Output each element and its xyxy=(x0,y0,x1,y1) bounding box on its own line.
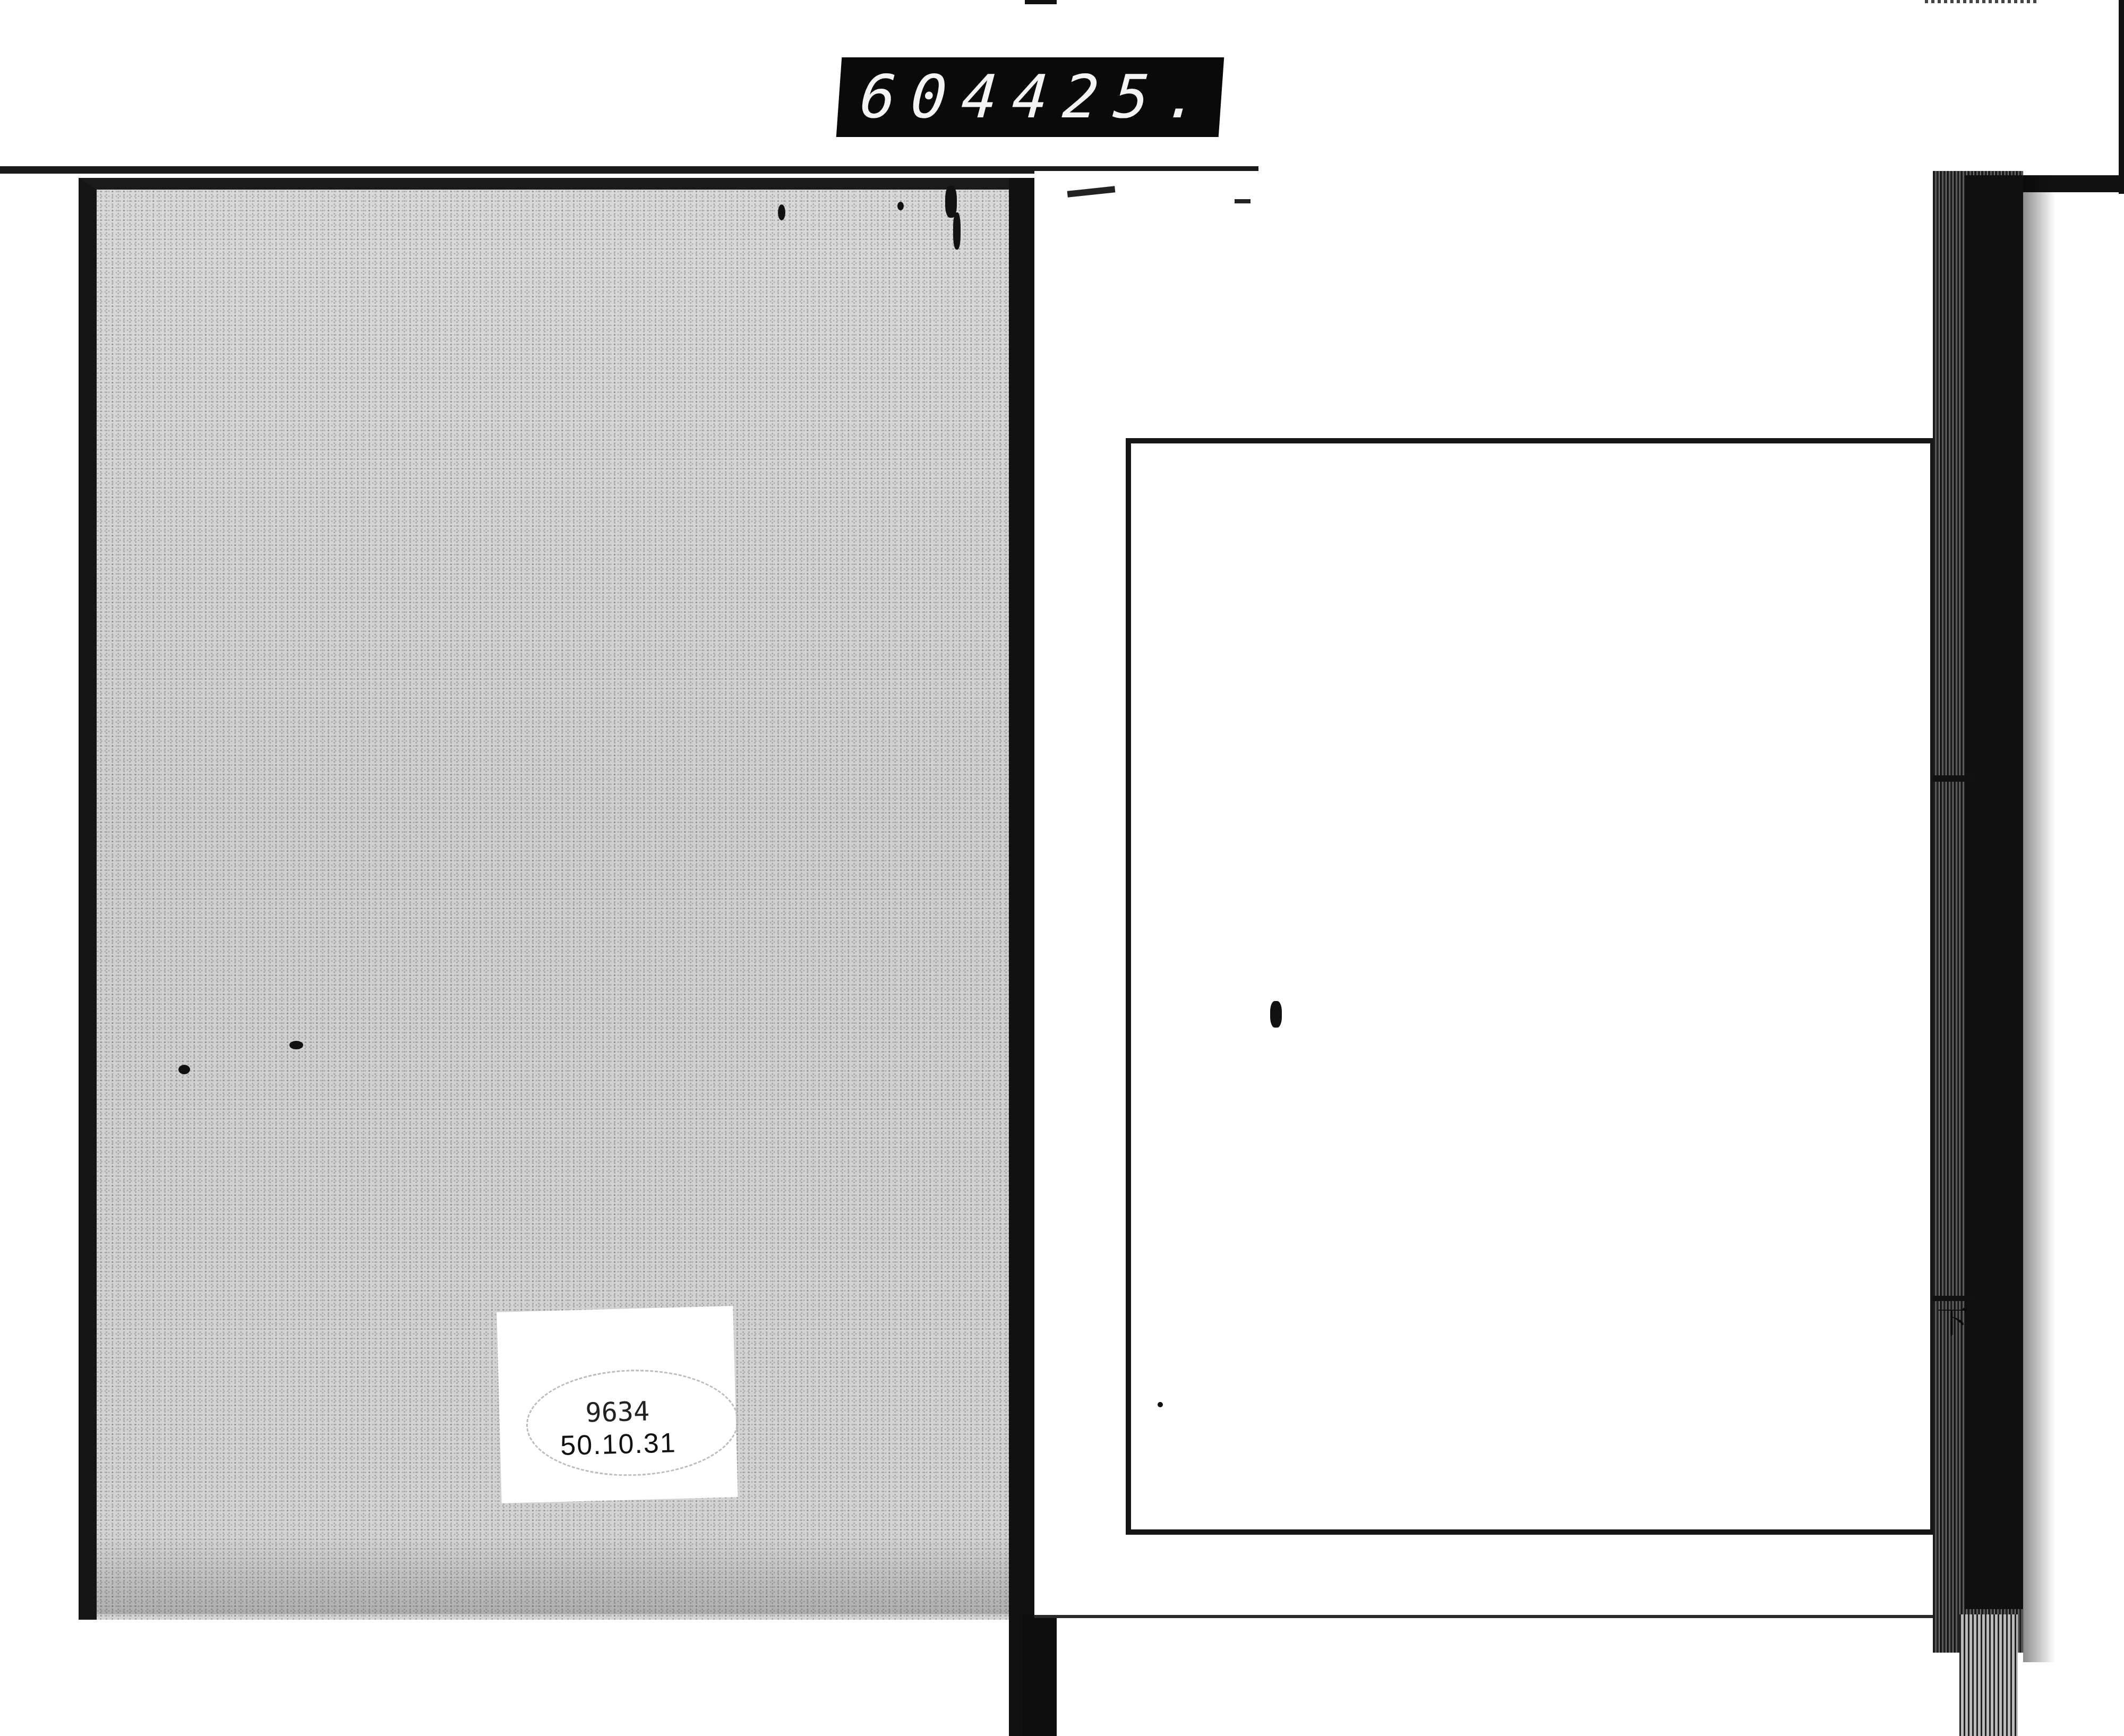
film-edge-mark xyxy=(1925,0,2036,3)
smudge xyxy=(1235,199,1251,203)
spine-title xyxy=(1943,467,1975,1370)
ink-blot xyxy=(1158,1402,1163,1407)
ink-blot xyxy=(897,202,904,210)
frame-number: 425. xyxy=(1010,63,1218,132)
title-page-frame xyxy=(1126,438,1935,1535)
ink-blot xyxy=(778,204,785,220)
page-edge-fade xyxy=(2023,175,2055,1662)
cover-bottom-shadow xyxy=(97,1535,1037,1614)
library-accession-label: 9634 50.10.31 xyxy=(496,1306,738,1503)
spine-volume-mark: 下 xyxy=(1937,1304,1969,1341)
reel-number: 604 xyxy=(858,63,1014,132)
accession-date: 50.10.31 xyxy=(500,1425,736,1464)
ink-blot xyxy=(1270,1001,1282,1028)
spine-rule xyxy=(1933,1296,1975,1301)
page-edge-tail xyxy=(1959,1614,2018,1736)
film-right-border xyxy=(2119,0,2124,194)
binding-gutter-lower xyxy=(1022,1614,1057,1736)
ink-blot xyxy=(953,212,961,250)
binding-gutter xyxy=(1009,178,1034,1736)
film-frame-counter: 604 425. xyxy=(836,57,1224,137)
spine-rule xyxy=(1933,775,1975,782)
film-edge-tick xyxy=(1025,0,1057,4)
ink-blot xyxy=(178,1065,190,1074)
accession-number: 9634 xyxy=(499,1393,736,1431)
ink-blot xyxy=(289,1041,303,1049)
